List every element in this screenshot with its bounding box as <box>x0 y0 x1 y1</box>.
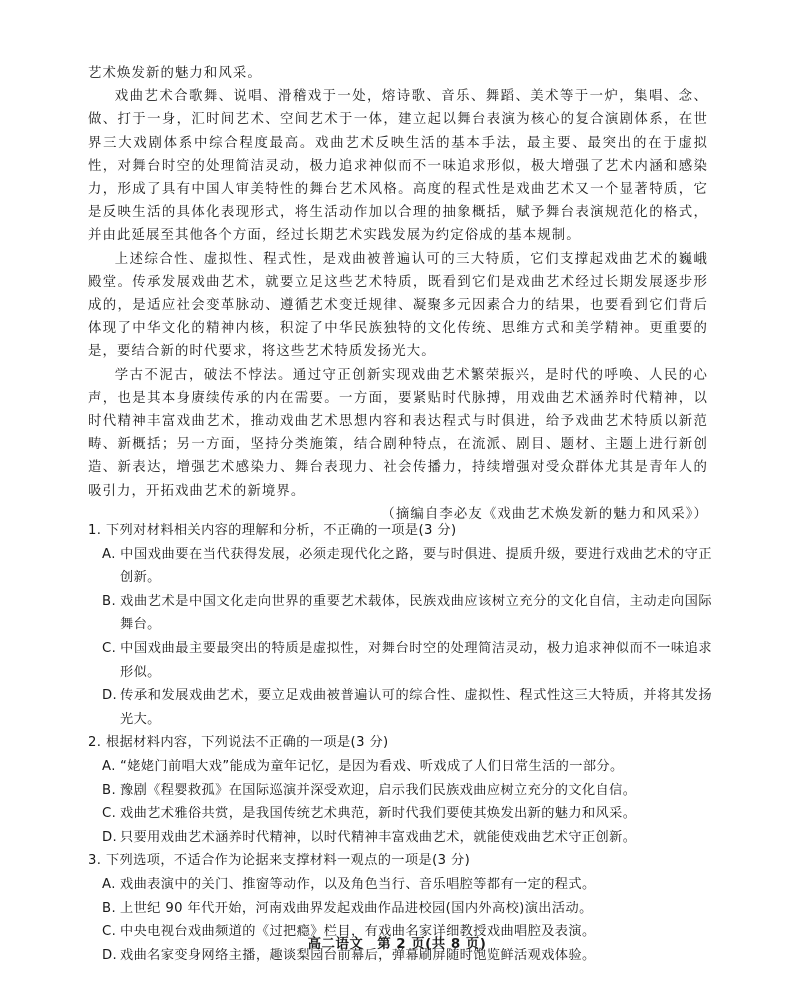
option-text: 传承和发展戏曲艺术，要立足戏曲被普遍认可的综合性、虚拟性、程式性这三大特质，并将… <box>120 688 712 727</box>
option-text: 豫剧《程婴救孤》在国际巡演并深受欢迎，启示我们民族戏曲应树立充分的文化自信。 <box>120 783 636 798</box>
question-list: 1. 下列对材料相关内容的理解和分析，不正确的一项是(3 分) A.中国戏曲要在… <box>88 519 712 967</box>
reading-passage: 艺术焕发新的魅力和风采。 戏曲艺术合歌舞、说唱、滑稽戏于一处，熔诗歌、音乐、舞蹈… <box>88 62 708 526</box>
option-label: A. <box>102 873 120 897</box>
option-label: B. <box>102 897 120 921</box>
passage-paragraph: 戏曲艺术合歌舞、说唱、滑稽戏于一处，熔诗歌、音乐、舞蹈、美术等于一炉，集唱、念、… <box>88 85 708 247</box>
question-1: 1. 下列对材料相关内容的理解和分析，不正确的一项是(3 分) A.中国戏曲要在… <box>88 519 712 731</box>
option-text: 上世纪 90 年代开始，河南戏曲界发起戏曲作品进校园(国内外高校)演出活动。 <box>120 901 593 916</box>
option-label: B. <box>102 779 120 803</box>
question-2: 2. 根据材料内容，下列说法不正确的一项是(3 分) A.“姥姥门前唱大戏”能成… <box>88 731 712 849</box>
option-text: 戏曲表演中的关门、推窗等动作，以及角色当行、音乐唱腔等都有一定的程式。 <box>120 877 596 892</box>
question-stem: 3. 下列选项，不适合作为论据来支撑材料一观点的一项是(3 分) <box>88 849 712 873</box>
question-stem: 1. 下列对材料相关内容的理解和分析，不正确的一项是(3 分) <box>88 519 712 543</box>
option-d: D.传承和发展戏曲艺术，要立足戏曲被普遍认可的综合性、虚拟性、程式性这三大特质，… <box>102 684 712 731</box>
option-a: A.戏曲表演中的关门、推窗等动作，以及角色当行、音乐唱腔等都有一定的程式。 <box>102 873 712 897</box>
option-label: A. <box>102 755 120 779</box>
option-text: 中国戏曲最主要最突出的特质是虚拟性，对舞台时空的处理简洁灵动，极力追求神似而不一… <box>120 641 712 680</box>
option-label: D. <box>102 684 120 708</box>
footer-subject: 高二语文 <box>308 937 364 952</box>
exam-page: 艺术焕发新的魅力和风采。 戏曲艺术合歌舞、说唱、滑稽戏于一处，熔诗歌、音乐、舞蹈… <box>0 0 794 982</box>
option-label: A. <box>102 543 120 567</box>
option-label: C. <box>102 802 120 826</box>
option-b: B.上世纪 90 年代开始，河南戏曲界发起戏曲作品进校园(国内外高校)演出活动。 <box>102 897 712 921</box>
option-label: B. <box>102 590 120 614</box>
option-text: 只要用戏曲艺术涵养时代精神，以时代精神丰富戏曲艺术，就能使戏曲艺术守正创新。 <box>120 830 636 845</box>
option-text: “姥姥门前唱大戏”能成为童年记忆，是因为看戏、听戏成了人们日常生活的一部分。 <box>120 759 624 774</box>
passage-paragraph: 上述综合性、虚拟性、程式性，是戏曲被普遍认可的三大特质，它们支撑起戏曲艺术的巍峨… <box>88 248 708 364</box>
option-text: 戏曲艺术雅俗共赏，是我国传统艺术典范，新时代我们要使其焕发出新的魅力和风采。 <box>120 806 636 821</box>
question-stem: 2. 根据材料内容，下列说法不正确的一项是(3 分) <box>88 731 712 755</box>
option-a: A.中国戏曲要在当代获得发展，必须走现代化之路，要与时俱进、提质升级，要进行戏曲… <box>102 543 712 590</box>
option-text: 戏曲艺术是中国文化走向世界的重要艺术载体，民族戏曲应该树立充分的文化自信，主动走… <box>120 594 712 633</box>
passage-paragraph: 艺术焕发新的魅力和风采。 <box>88 62 708 85</box>
passage-paragraph: 学古不泥古，破法不悖法。通过守正创新实现戏曲艺术繁荣振兴，是时代的呼唤、人民的心… <box>88 364 708 503</box>
option-c: C.戏曲艺术雅俗共赏，是我国传统艺术典范，新时代我们要使其焕发出新的魅力和风采。 <box>102 802 712 826</box>
option-a: A.“姥姥门前唱大戏”能成为童年记忆，是因为看戏、听戏成了人们日常生活的一部分。 <box>102 755 712 779</box>
option-d: D.只要用戏曲艺术涵养时代精神，以时代精神丰富戏曲艺术，就能使戏曲艺术守正创新。 <box>102 826 712 850</box>
option-b: B.戏曲艺术是中国文化走向世界的重要艺术载体，民族戏曲应该树立充分的文化自信，主… <box>102 590 712 637</box>
option-label: D. <box>102 826 120 850</box>
option-b: B.豫剧《程婴救孤》在国际巡演并深受欢迎，启示我们民族戏曲应树立充分的文化自信。 <box>102 779 712 803</box>
page-footer: 高二语文第 2 页(共 8 页) <box>0 933 794 952</box>
option-text: 中国戏曲要在当代获得发展，必须走现代化之路，要与时俱进、提质升级，要进行戏曲艺术… <box>120 547 712 586</box>
option-label: C. <box>102 637 120 661</box>
option-c: C.中国戏曲最主要最突出的特质是虚拟性，对舞台时空的处理简洁灵动，极力追求神似而… <box>102 637 712 684</box>
footer-page-number: 第 2 页(共 8 页) <box>377 937 486 952</box>
